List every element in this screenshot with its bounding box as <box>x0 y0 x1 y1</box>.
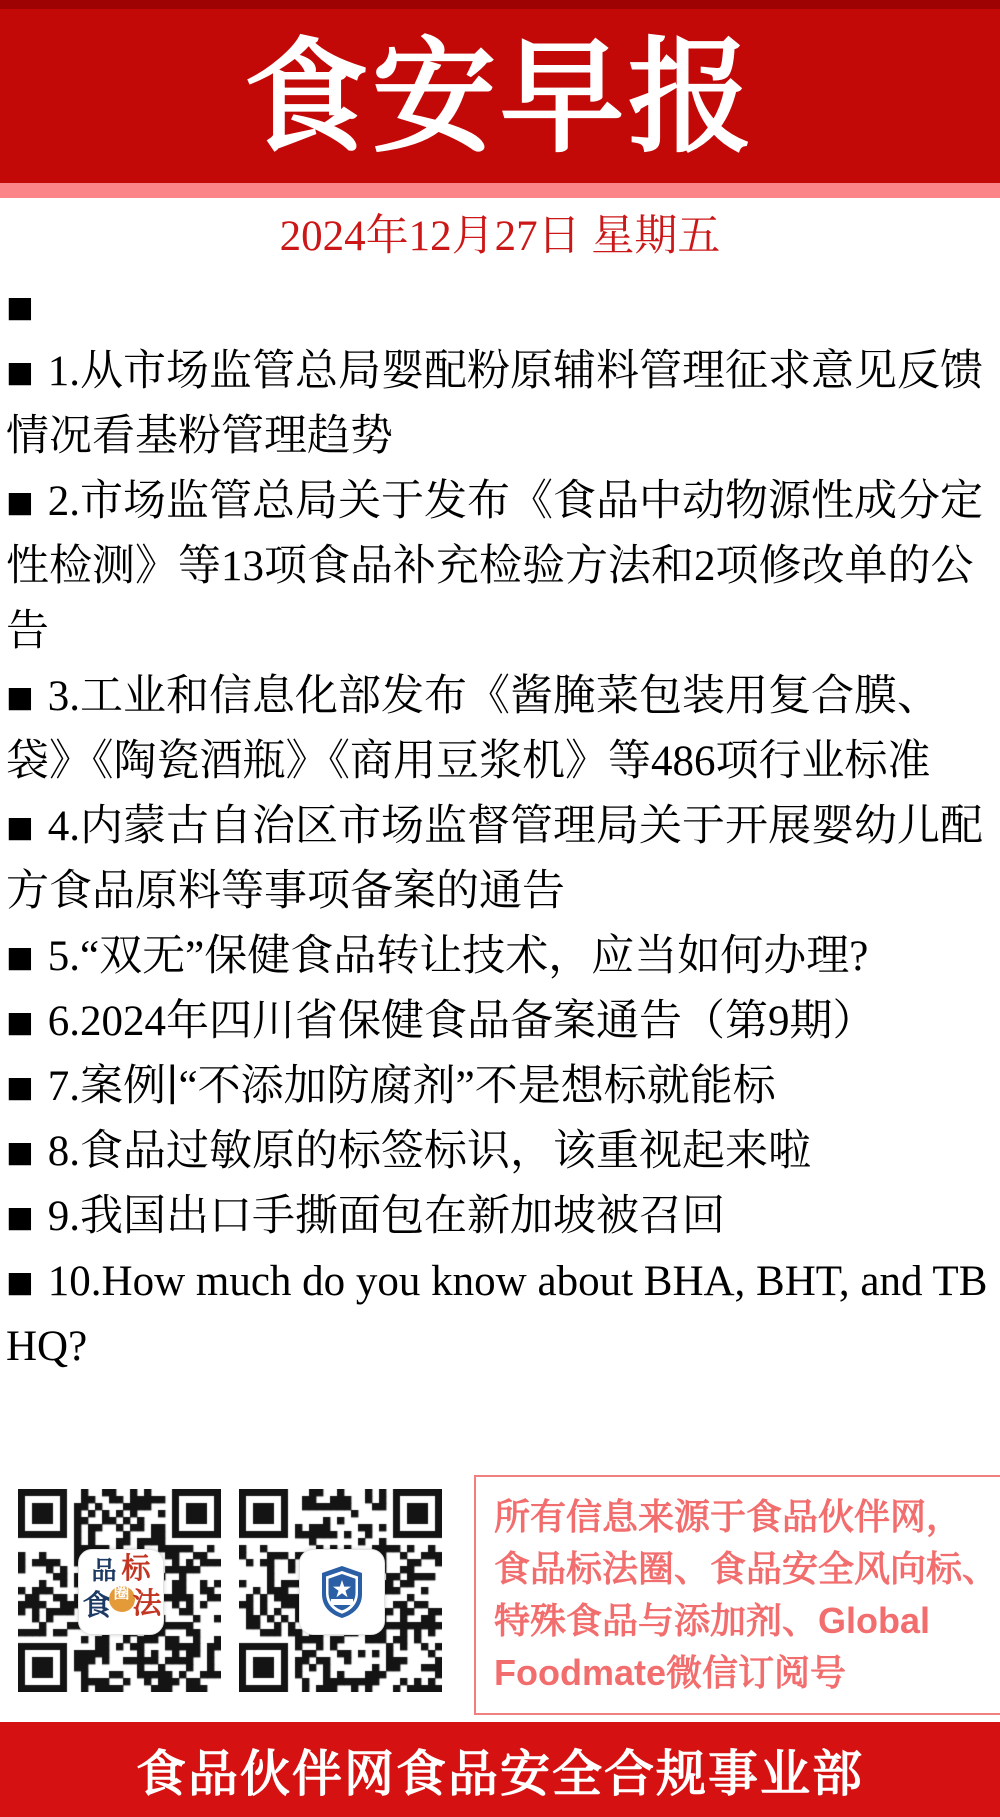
news-item: ■1.从市场监管总局婴配粉原辅料管理征求意见反馈情况看基粉管理趋势 <box>6 339 994 469</box>
news-item-text: 7.案例∣“不添加防腐剂”不是想标就能标 <box>48 1063 776 1110</box>
bullet-square-icon: ■ <box>6 1065 34 1111</box>
bullet-square-icon: ■ <box>6 480 34 526</box>
news-item: ■ <box>6 274 994 339</box>
bullet-square-icon: ■ <box>6 350 34 396</box>
daily-report-poster: 食安早报 2024年12月27日 星期五 ■■1.从市场监管总局婴配粉原辅料管理… <box>0 0 1000 1817</box>
bullet-square-icon: ■ <box>6 675 34 721</box>
news-item-text: 9.我国出口手撕面包在新加坡被召回 <box>48 1193 725 1240</box>
source-note-line: Foodmate微信订阅号 <box>494 1647 998 1699</box>
source-note-line: 食品标法圈、食品安全风向标、 <box>494 1543 998 1595</box>
header-banner: 食安早报 <box>0 0 1000 183</box>
bottom-bar: 食品伙伴网食品安全合规事业部 <box>0 1722 1000 1817</box>
biaofa-center-logo: 品标食圈法 <box>78 1549 164 1635</box>
biaofa-logo-char: 法 <box>133 1590 162 1619</box>
bullet-square-icon: ■ <box>6 285 34 331</box>
news-item: ■6.2024年四川省保健食品备案通告（第9期） <box>6 989 994 1054</box>
biaofa-logo-char: 圈 <box>109 1586 135 1612</box>
news-item-text: 10.How much do you know about BHA, BHT, … <box>6 1258 987 1370</box>
news-item: ■3.工业和信息化部发布《酱腌菜包装用复合膜、袋》《陶瓷酒瓶》《商用豆浆机》等4… <box>6 664 994 794</box>
date-line: 2024年12月27日 星期五 <box>0 212 1000 262</box>
bullet-square-icon: ■ <box>6 1195 34 1241</box>
news-item-text: 2.市场监管总局关于发布《食品中动物源性成分定性检测》等13项食品补充检验方法和… <box>6 478 983 655</box>
page-title: 食安早报 <box>244 32 756 160</box>
bullet-square-icon: ■ <box>6 1260 34 1306</box>
news-item: ■10.How much do you know about BHA, BHT,… <box>6 1249 994 1379</box>
news-item-text: 8.食品过敏原的标签标识，该重视起来啦 <box>48 1128 811 1175</box>
biaofa-logo-char: 食 <box>83 1592 112 1621</box>
shield-icon <box>318 1564 366 1620</box>
source-note-line: 所有信息来源于食品伙伴网， <box>494 1491 998 1543</box>
source-note-line: 特殊食品与添加剂、Global <box>494 1595 998 1647</box>
news-item: ■5.“双无”保健食品转让技术，应当如何办理? <box>6 924 994 989</box>
banner-stripe <box>0 183 1000 198</box>
news-item: ■9.我国出口手撕面包在新加坡被召回 <box>6 1184 994 1249</box>
bullet-square-icon: ■ <box>6 805 34 851</box>
bullet-square-icon: ■ <box>6 935 34 981</box>
bullet-square-icon: ■ <box>6 1000 34 1046</box>
news-item-text: 6.2024年四川省保健食品备案通告（第9期） <box>48 998 876 1045</box>
news-item: ■8.食品过敏原的标签标识，该重视起来啦 <box>6 1119 994 1184</box>
news-item: ■4.内蒙古自治区市场监督管理局关于开展婴幼儿配方食品原料等事项备案的通告 <box>6 794 994 924</box>
biaofa-logo-char: 标 <box>122 1555 151 1584</box>
news-item-text: 1.从市场监管总局婴配粉原辅料管理征求意见反馈情况看基粉管理趋势 <box>6 348 983 460</box>
news-item-text: 5.“双无”保健食品转让技术，应当如何办理? <box>48 933 869 980</box>
news-item-text: 4.内蒙古自治区市场监督管理局关于开展婴幼儿配方食品原料等事项备案的通告 <box>6 803 983 915</box>
news-item: ■7.案例∣“不添加防腐剂”不是想标就能标 <box>6 1054 994 1119</box>
foodmate-shield-logo <box>299 1549 385 1635</box>
footer-row: 品标食圈法 所有信息来源于食品伙伴网，食品标法圈、食品安全风向标、特殊食品与添加… <box>0 1475 1000 1715</box>
news-item-text: 3.工业和信息化部发布《酱腌菜包装用复合膜、袋》《陶瓷酒瓶》《商用豆浆机》等48… <box>6 673 940 785</box>
qr-code-biaofa: 品标食圈法 <box>18 1489 221 1692</box>
bullet-square-icon: ■ <box>6 1130 34 1176</box>
news-item: ■2.市场监管总局关于发布《食品中动物源性成分定性检测》等13项食品补充检验方法… <box>6 469 994 664</box>
biaofa-logo-char: 品 <box>92 1559 117 1584</box>
qr-code-foodmate <box>239 1489 442 1692</box>
department-name: 食品伙伴网食品安全合规事业部 <box>136 1734 864 1806</box>
news-list: ■■1.从市场监管总局婴配粉原辅料管理征求意见反馈情况看基粉管理趋势■2.市场监… <box>0 274 1000 1379</box>
source-info-box: 所有信息来源于食品伙伴网，食品标法圈、食品安全风向标、特殊食品与添加剂、Glob… <box>474 1475 1000 1715</box>
